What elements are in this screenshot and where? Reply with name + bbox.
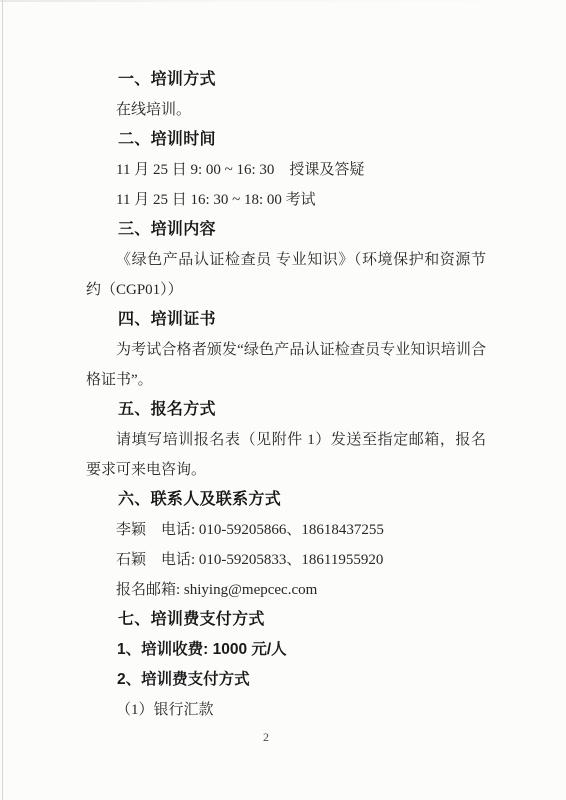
document-page: 一、培训方式 在线培训。 二、培训时间 11 月 25 日 9: 00 ~ 16…	[86, 65, 486, 725]
para-online-training: 在线培训。	[86, 95, 486, 125]
para-registration-info: 请填写培训报名表（见附件 1）发送至指定邮箱，报名要求可来电咨询。	[86, 425, 486, 485]
page-number: 2	[0, 722, 532, 752]
para-contact-shiying: 石颖 电话: 010-59205833、18611955920	[86, 545, 486, 575]
heading-registration-method: 五、报名方式	[86, 395, 486, 425]
para-course-title: 《绿色产品认证检查员 专业知识》（环境保护和资源节约（CGP01））	[86, 245, 486, 305]
para-registration-email: 报名邮箱: shiying@mepcec.com	[86, 575, 486, 605]
para-certificate-issue: 为考试合格者颁发“绿色产品认证检查员专业知识培训合格证书”。	[86, 335, 486, 395]
heading-training-content: 三、培训内容	[86, 215, 486, 245]
para-contact-liying: 李颖 电话: 010-59205866、18618437255	[86, 515, 486, 545]
para-bank-transfer: （1）银行汇款	[86, 695, 486, 725]
para-schedule-exam: 11 月 25 日 16: 30 ~ 18: 00 考试	[86, 185, 486, 215]
heading-contact-info: 六、联系人及联系方式	[86, 485, 486, 515]
heading-training-certificate: 四、培训证书	[86, 305, 486, 335]
heading-payment-method: 七、培训费支付方式	[86, 605, 486, 635]
heading-training-method: 一、培训方式	[86, 65, 486, 95]
subheading-training-fee: 1、培训收费: 1000 元/人	[86, 635, 486, 665]
scan-top-edge	[0, 0, 566, 2]
heading-training-time: 二、培训时间	[86, 125, 486, 155]
para-schedule-lecture: 11 月 25 日 9: 00 ~ 16: 30 授课及答疑	[86, 155, 486, 185]
scan-left-edge	[2, 0, 3, 800]
subheading-payment-options: 2、培训费支付方式	[86, 665, 486, 695]
